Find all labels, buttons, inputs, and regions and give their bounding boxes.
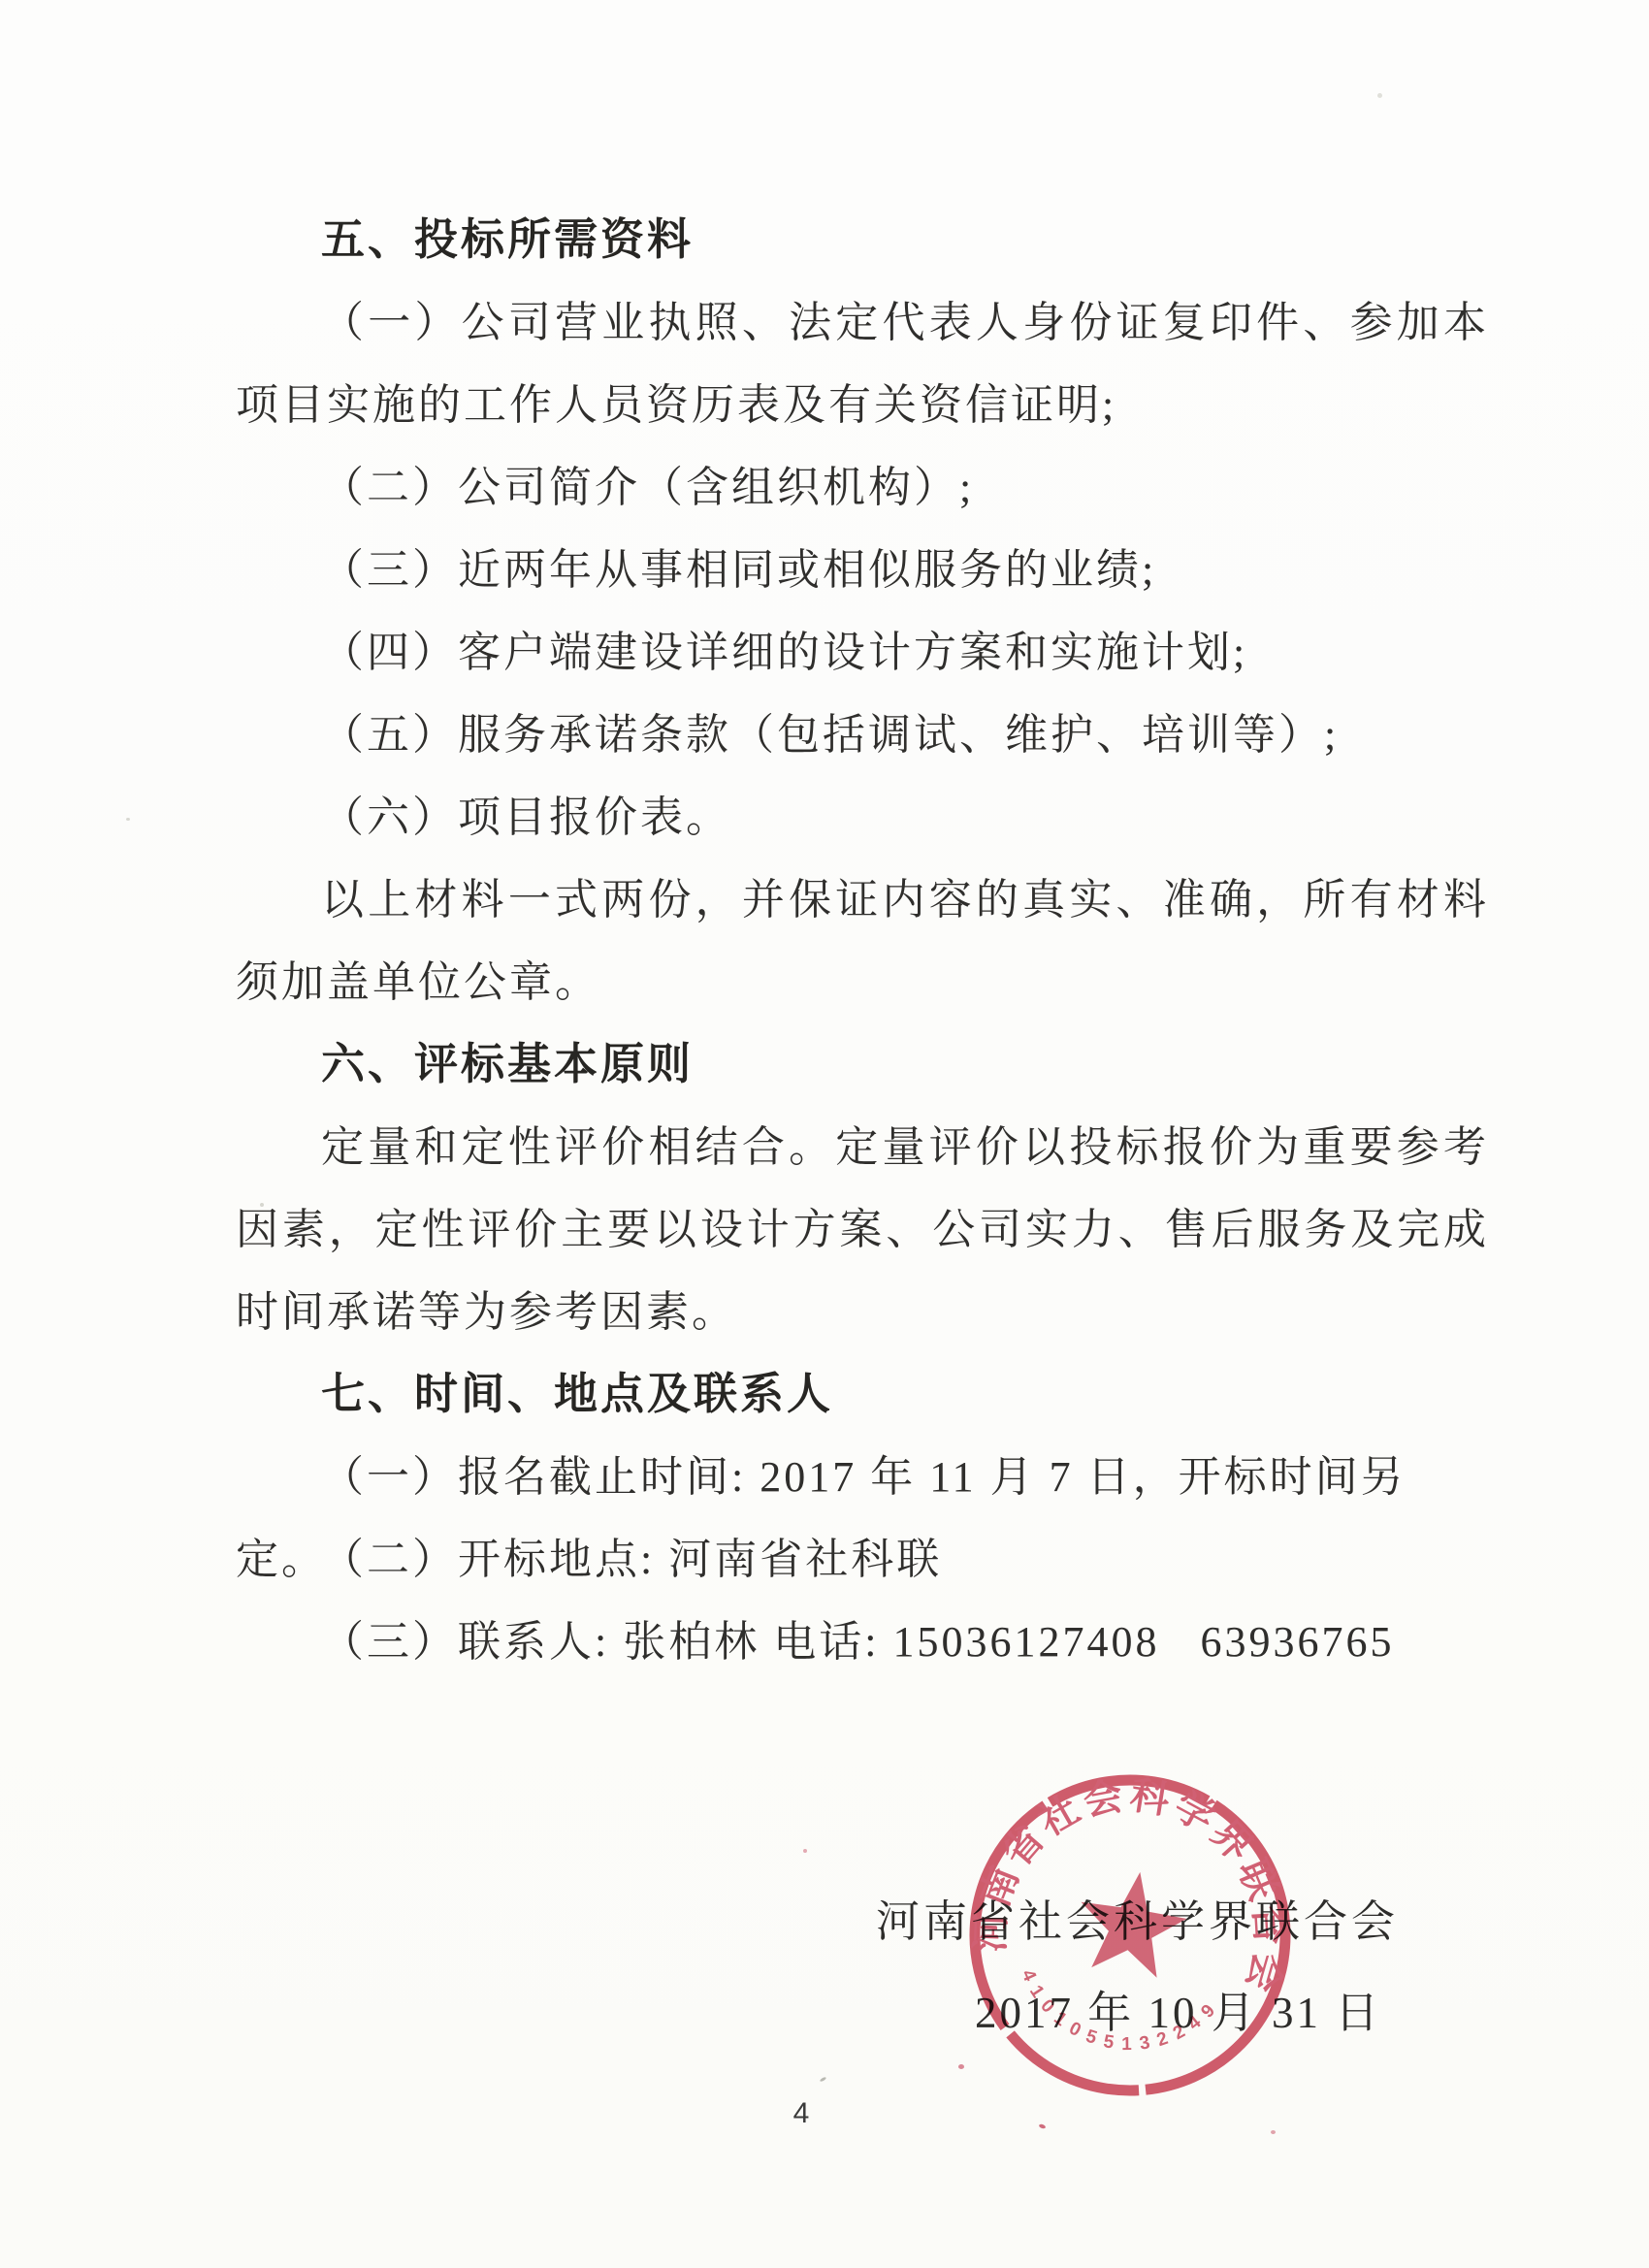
doc-line: 定量和定性评价相结合。定量评价以投标报价为重要参考 (236, 1106, 1489, 1188)
doc-line: 七、时间、地点及联系人 (236, 1353, 1489, 1436)
doc-line: 因素，定性评价主要以设计方案、公司实力、售后服务及完成 (236, 1188, 1489, 1271)
scan-speck (126, 818, 130, 821)
scan-speck-red (803, 1849, 807, 1853)
seal-star-icon (1071, 1863, 1192, 1981)
doc-line: （二）开标地点: 河南省社科联 (236, 1518, 1489, 1601)
doc-line: （五）服务承诺条款（包括调试、维护、培训等）; (236, 694, 1489, 776)
doc-line: 时间承诺等为参考因素。 (236, 1271, 1489, 1353)
scan-speck (820, 2076, 827, 2082)
doc-line: （三）联系人: 张柏林 电话: 15036127408 63936765 (236, 1601, 1489, 1683)
seal-serial-number: 4101055132249 (1007, 1964, 1226, 2070)
scanned-document-page: 五、投标所需资料（一）公司营业执照、法定代表人身份证复印件、参加本项目实施的工作… (0, 0, 1649, 2268)
doc-line: （四）客户端建设详细的设计方案和实施计划; (236, 611, 1489, 694)
doc-line: 以上材料一式两份，并保证内容的真实、准确，所有材料 (236, 859, 1489, 941)
scan-speck (1377, 93, 1382, 98)
doc-line: （三）近两年从事相同或相似服务的业绩; (236, 529, 1489, 611)
doc-line: 须加盖单位公章。 (236, 941, 1489, 1023)
svg-text:4101055132249: 4101055132249 (1007, 1964, 1226, 2070)
doc-line: （一）公司营业执照、法定代表人身份证复印件、参加本 (236, 281, 1489, 364)
doc-line: 六、评标基本原则 (236, 1023, 1489, 1106)
official-seal-stamp: 河南省社会科学界联合会 4101055132249 (930, 1735, 1330, 2135)
doc-line: （六）项目报价表。 (236, 776, 1489, 859)
doc-line: （一）报名截止时间: 2017 年 11 月 7 日，开标时间另定。 (236, 1436, 1489, 1518)
scan-speck (260, 1203, 264, 1207)
doc-line: 项目实施的工作人员资历表及有关资信证明; (236, 364, 1489, 446)
scan-speck-red (1271, 2130, 1276, 2134)
scan-speck-red (958, 2064, 964, 2069)
doc-line: （二）公司简介（含组织机构）; (236, 446, 1489, 529)
document-lines: 五、投标所需资料（一）公司营业执照、法定代表人身份证复印件、参加本项目实施的工作… (236, 199, 1489, 1683)
page-number: 4 (0, 2097, 1602, 2130)
doc-line: 五、投标所需资料 (236, 199, 1489, 281)
